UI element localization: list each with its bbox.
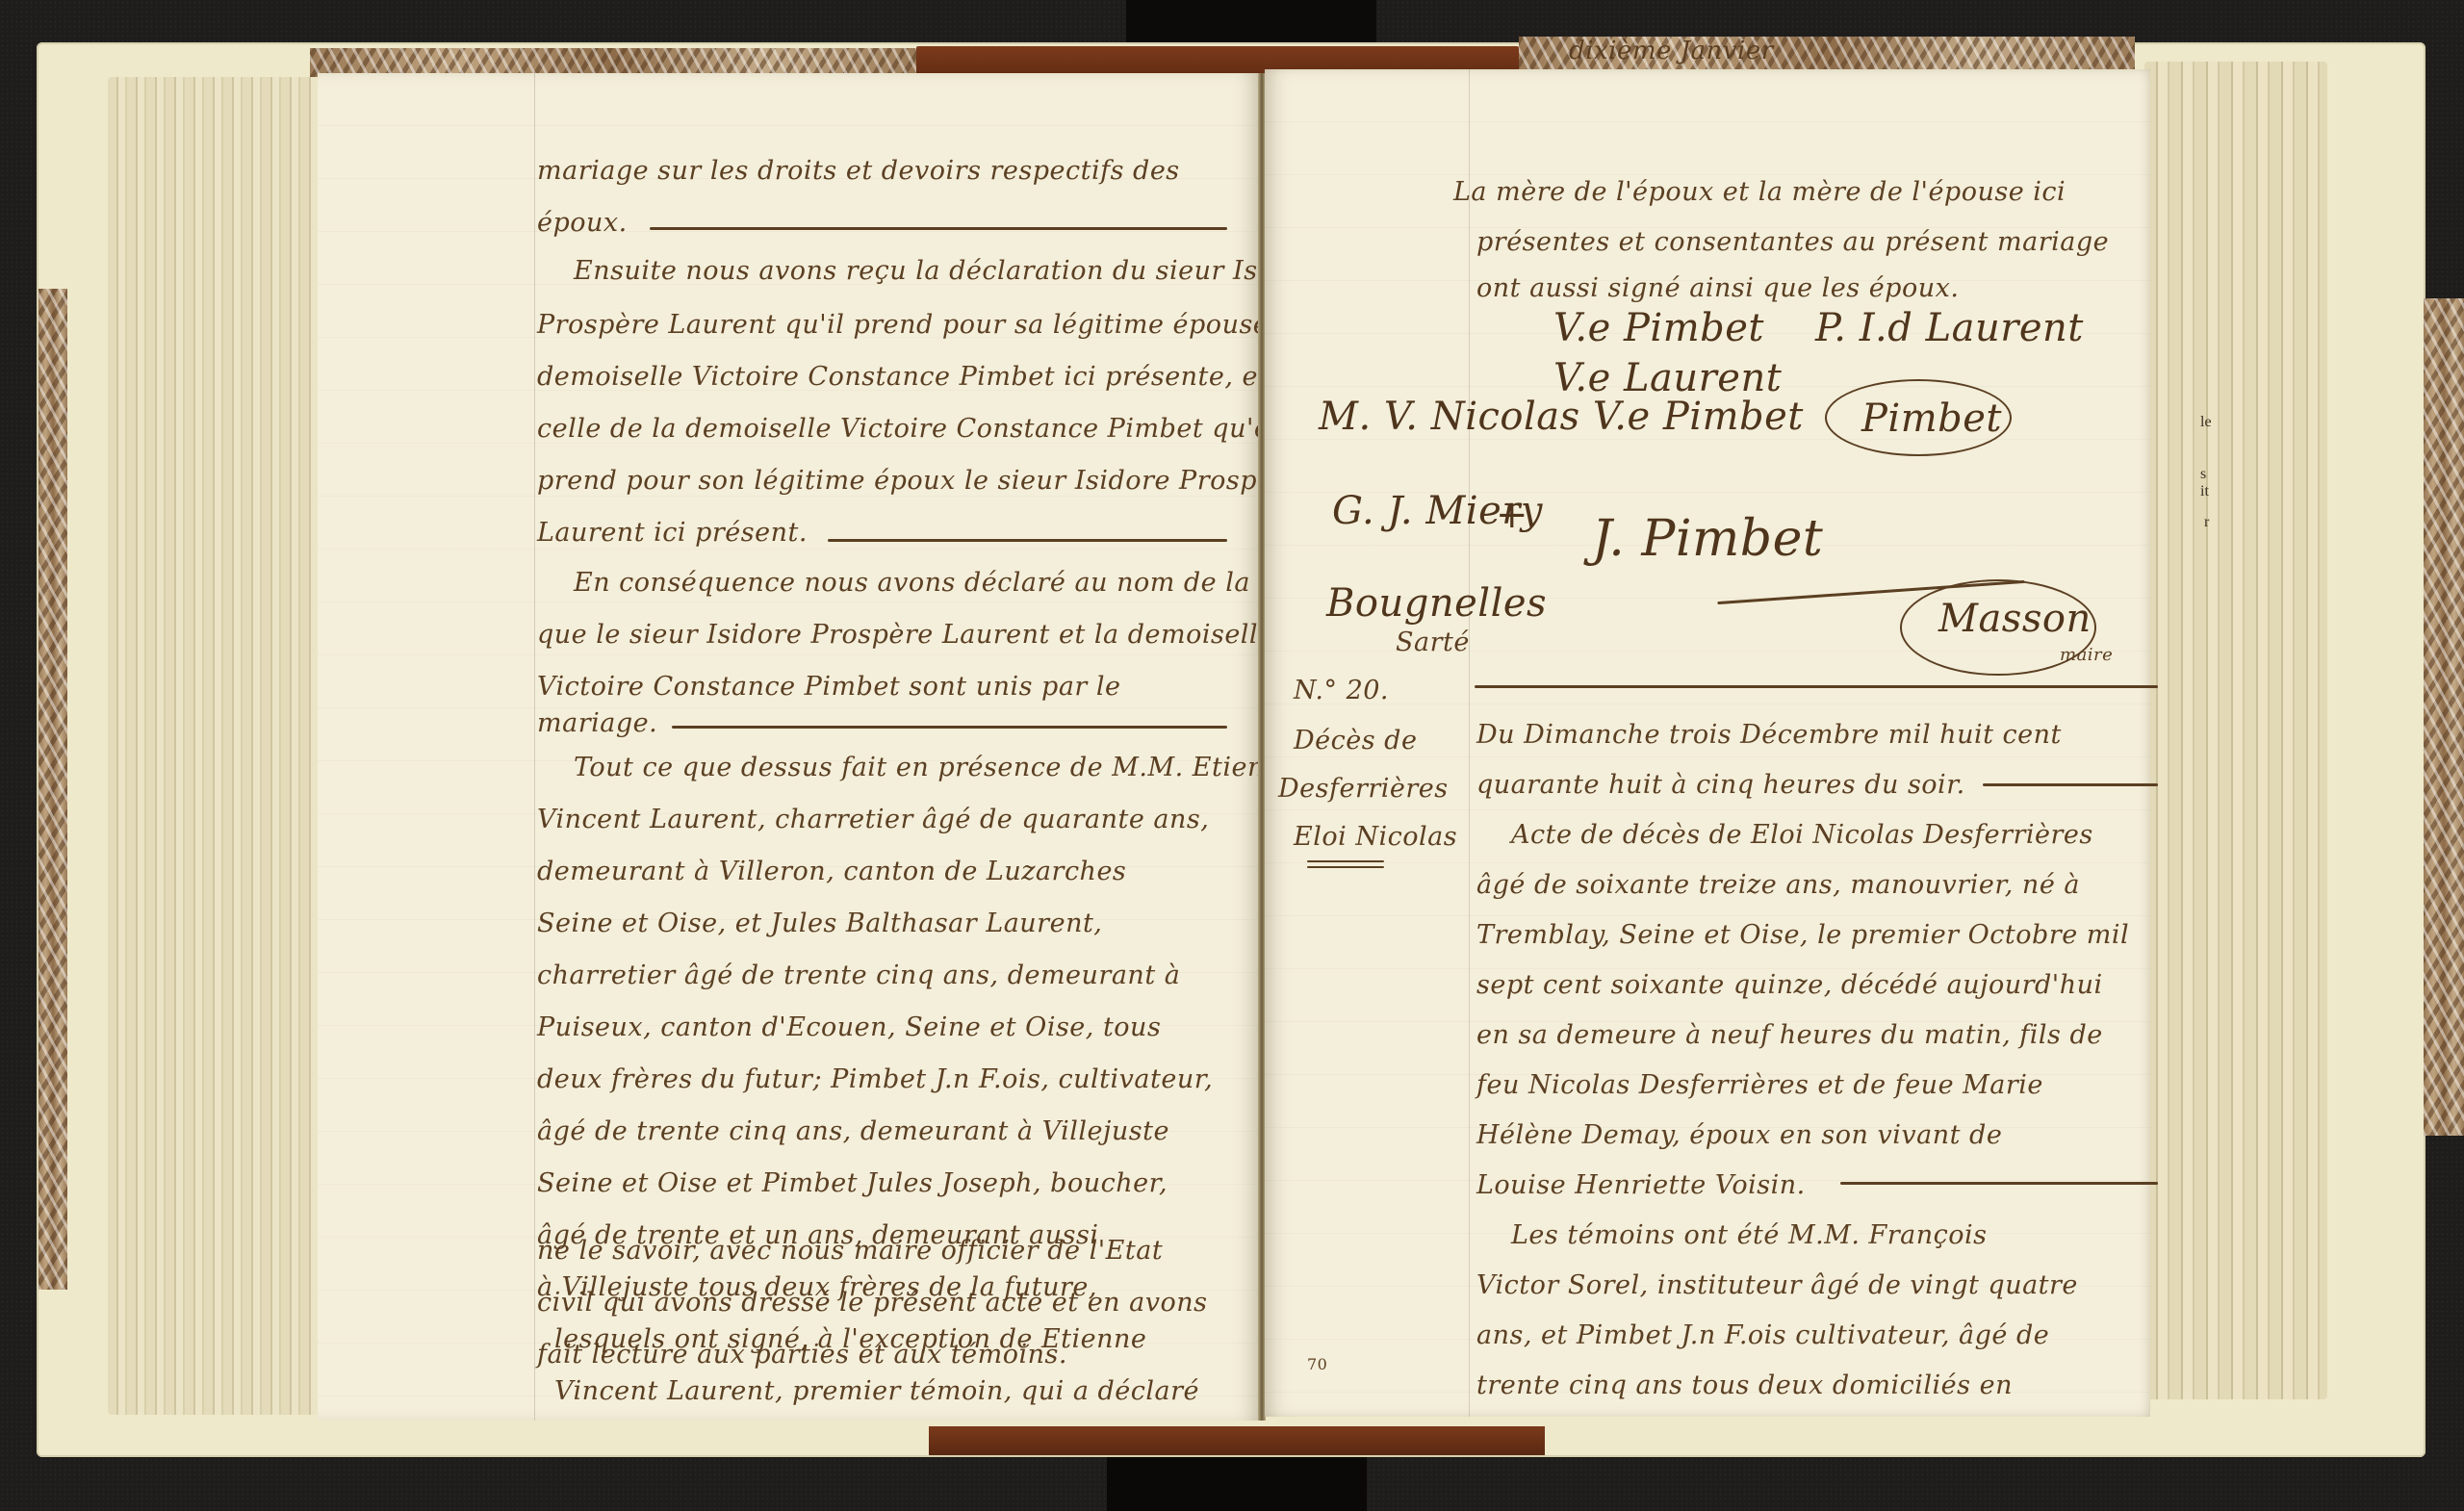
printed-fragment: s <box>2200 466 2206 483</box>
entry-line: Tremblay, Seine et Oise, le premier Octo… <box>1476 920 2129 950</box>
signature: P. I.d Laurent <box>1815 306 2084 350</box>
signature-subtitle: Sarté <box>1396 627 1470 657</box>
line-filler-rule <box>1983 783 2158 786</box>
text-line: Prospère Laurent qu'il prend pour sa lég… <box>537 310 1269 340</box>
text-line: Vincent Laurent, charretier âgé de quara… <box>537 805 1209 834</box>
entry-line: Louise Henriette Voisin. <box>1476 1170 1806 1200</box>
text-line: prend pour son légitime époux le sieur I… <box>537 466 1301 496</box>
margin-rule <box>534 73 535 1421</box>
entry-line: ans, et Pimbet J.n F.ois cultivateur, âg… <box>1476 1320 2049 1350</box>
entry-line: Du Dimanche trois Décembre mil huit cent <box>1476 720 2062 750</box>
text-line: En conséquence nous avons déclaré au nom… <box>574 568 1293 598</box>
text-line: Seine et Oise, et Jules Balthasar Lauren… <box>537 909 1102 938</box>
entry-line: en sa demeure à neuf heures du matin, fi… <box>1476 1020 2103 1050</box>
signature: Bougnelles <box>1326 581 1547 626</box>
text-line: âgé de trente cinq ans, demeurant à Vill… <box>537 1116 1169 1146</box>
text-line: présentes et consentantes au présent mar… <box>1476 227 2109 257</box>
text-line: demoiselle Victoire Constance Pimbet ici… <box>537 362 1269 392</box>
margin-rule <box>1469 69 1470 1417</box>
interlinear-note: dixième Janvier <box>1569 37 1774 65</box>
line-filler-rule <box>828 539 1227 542</box>
entry-line: sept cent soixante quinze, décédé aujour… <box>1476 970 2103 1000</box>
cross-mark-signature: + <box>1496 493 1528 537</box>
line-filler-rule <box>650 227 1227 230</box>
printed-fragment: it <box>2200 483 2209 500</box>
text-line: charretier âgé de trente cinq ans, demeu… <box>537 960 1180 990</box>
text-line: deux frères du futur; Pimbet J.n F.ois, … <box>537 1064 1213 1094</box>
entry-line: Acte de décès de Eloi Nicolas Desferrièr… <box>1511 820 2093 850</box>
entry-line: Hélène Demay, époux en son vivant de <box>1476 1120 2002 1150</box>
text-line: fait lecture aux parties et aux témoins. <box>537 1340 1067 1370</box>
text-line: demeurant à Villeron, canton de Luzarche… <box>537 857 1126 886</box>
text-line: que le sieur Isidore Prospère Laurent et… <box>537 620 1274 650</box>
printed-fragment: le <box>2200 414 2212 431</box>
text-line: mariage. <box>537 708 657 738</box>
text-line: Ensuite nous avons reçu la déclaration d… <box>574 256 1328 286</box>
margin-note: Décès de <box>1294 726 1417 755</box>
text-line: Tout ce que dessus fait en présence de M… <box>574 753 1297 782</box>
signature: M. V. Nicolas V.e Pimbet <box>1319 395 1804 439</box>
entry-line: Les témoins ont été M.M. François <box>1511 1220 1988 1250</box>
entry-line: trente cinq ans tous deux domiciliés en <box>1476 1370 2013 1400</box>
signature-flourish <box>1825 379 2012 456</box>
right-page: dixième Janvier La mère de l'époux et la… <box>1265 69 2150 1417</box>
page-stack-left <box>108 77 321 1415</box>
marbled-cover-right-edge <box>2424 298 2464 1136</box>
text-line: Victoire Constance Pimbet sont unis par … <box>537 672 1121 702</box>
folio-number: 70 <box>1307 1355 1327 1373</box>
margin-note-rule <box>1307 860 1384 862</box>
spine-shadow-bottom <box>1107 1453 1367 1511</box>
text-line: époux. <box>537 208 628 238</box>
printed-fragment: r <box>2204 514 2209 531</box>
page-stack-right: le s it r <box>2144 62 2327 1399</box>
entry-line: Victor Sorel, instituteur âgé de vingt q… <box>1476 1270 2078 1300</box>
entry-separator-rule <box>1475 685 2158 688</box>
text-line: Laurent ici présent. <box>537 518 808 548</box>
text-line: civil qui avons dressé le présent acte e… <box>537 1288 1208 1318</box>
leather-spine-bottom <box>929 1426 1545 1455</box>
text-line: mariage sur les droits et devoirs respec… <box>537 156 1180 186</box>
signature: J. Pimbet <box>1592 510 1823 568</box>
entry-number: N.° 20. <box>1294 676 1389 705</box>
margin-note: Desferrières <box>1278 774 1449 804</box>
signature: V.e Pimbet <box>1553 306 1764 350</box>
line-filler-rule <box>672 726 1227 729</box>
text-line: celle de la demoiselle Victoire Constanc… <box>537 414 1303 444</box>
line-filler-rule <box>1840 1182 2158 1185</box>
text-line: Vincent Laurent, premier témoin, qui a d… <box>554 1376 1199 1406</box>
left-page: mariage sur les droits et devoirs respec… <box>318 73 1259 1421</box>
text-line: Puiseux, canton d'Ecouen, Seine et Oise,… <box>537 1012 1161 1042</box>
margin-note: Eloi Nicolas <box>1294 822 1457 852</box>
mayor-flourish <box>1900 579 2096 676</box>
entry-line: âgé de soixante treize ans, manouvrier, … <box>1476 870 2080 900</box>
text-line: ont aussi signé ainsi que les époux. <box>1476 273 1959 303</box>
text-line: ne le savoir, avec nous maire officier d… <box>537 1236 1163 1266</box>
text-line: Seine et Oise et Pimbet Jules Joseph, bo… <box>537 1168 1168 1198</box>
text-line: La mère de l'époux et la mère de l'épous… <box>1453 177 2066 207</box>
entry-line: feu Nicolas Desferrières et de feue Mari… <box>1476 1070 2043 1100</box>
marbled-cover-left-edge <box>38 289 67 1290</box>
entry-line: quarante huit à cinq heures du soir. <box>1476 770 1965 800</box>
